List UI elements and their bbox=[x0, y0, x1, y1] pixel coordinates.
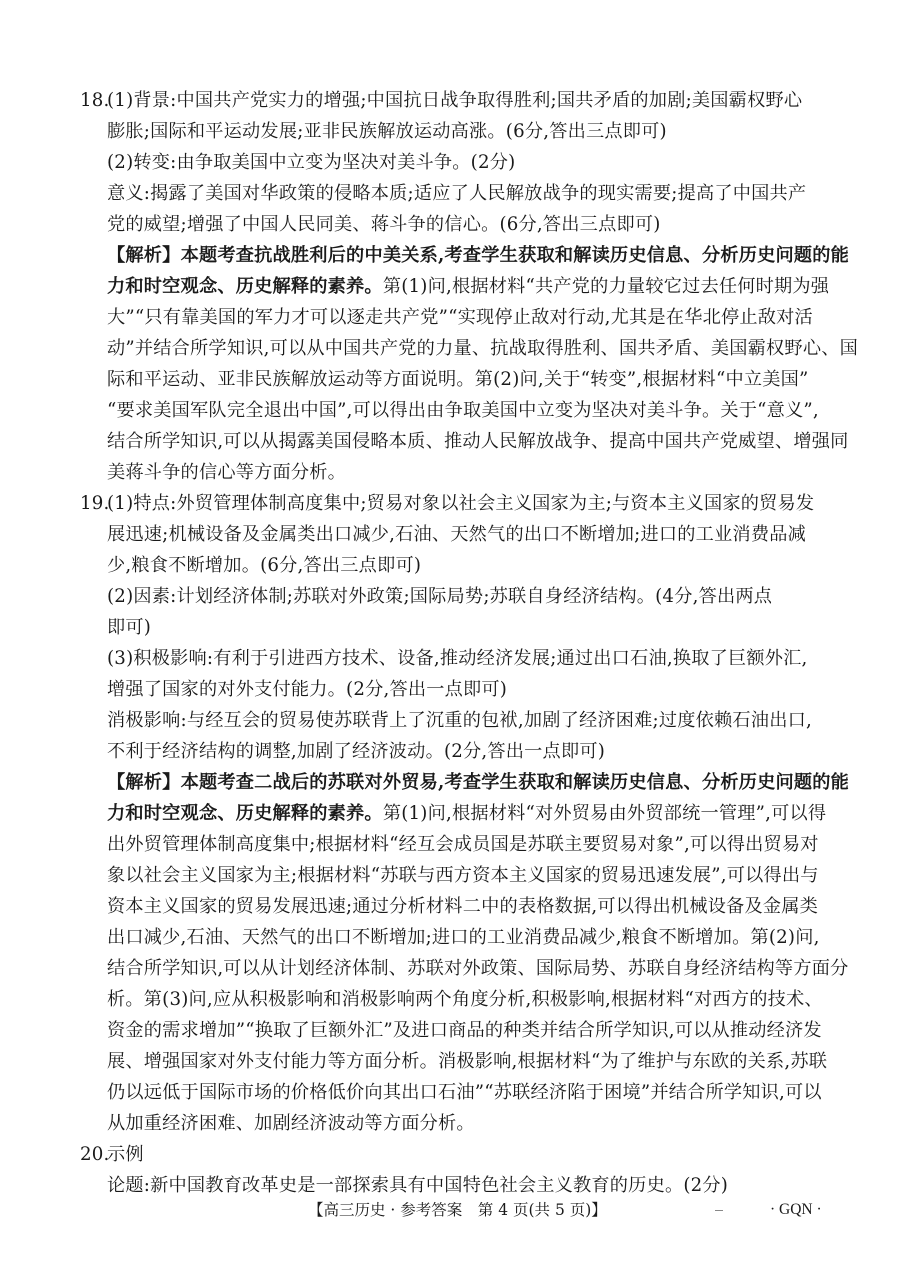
text-line: 意义:揭露了美国对华政策的侵略本质;适应了人民解放战争的现实需要;提高了中国共产 bbox=[80, 178, 825, 209]
text-line: 资本主义国家的贸易发展迅速;通过分析材料二中的表格数据,可以得出机械设备及金属类 bbox=[80, 891, 825, 922]
text-line: 20.示例 bbox=[80, 1139, 825, 1170]
text-line: 19.(1)特点:外贸管理体制高度集中;贸易对象以社会主义国家为主;与资本主义国… bbox=[80, 488, 825, 519]
line-text: 第(1)问,根据材料“对外贸易由外贸部统一管理”,可以得 bbox=[383, 803, 826, 824]
text-line: 力和时空观念、历史解释的素养。第(1)问,根据材料“共产党的力量较它过去任何时期… bbox=[80, 271, 825, 302]
text-line: 美蒋斗争的信心等方面分析。 bbox=[80, 457, 825, 488]
question-number: 19. bbox=[80, 488, 107, 519]
text-line: 不利于经济结构的调整,加剧了经济波动。(2分,答出一点即可) bbox=[80, 736, 825, 767]
line-text: 大”“只有靠美国的军力才可以逐走共产党”“实现停止敌对行动,尤其是在华北停止敌对… bbox=[107, 307, 813, 328]
line-text: 本题考查抗战胜利后的中美关系,考查学生获取和解读历史信息、分析历史问题的能 bbox=[181, 245, 849, 266]
text-line: 出外贸管理体制高度集中;根据材料“经互会成员国是苏联主要贸易对象”,可以得出贸易… bbox=[80, 829, 825, 860]
text-line: 党的威望;增强了中国人民同美、蒋斗争的信心。(6分,答出三点即可) bbox=[80, 209, 825, 240]
text-line: 从加重经济困难、加剧经济波动等方面分析。 bbox=[80, 1108, 825, 1139]
document-page: 18.(1)背景:中国共产党实力的增强;中国抗日战争取得胜利;国共矛盾的加剧;美… bbox=[0, 0, 900, 1272]
text-line: (2)因素:计划经济体制;苏联对外政策;国际局势;苏联自身经济结构。(4分,答出… bbox=[80, 581, 825, 612]
line-text: 即可) bbox=[107, 617, 151, 638]
line-text: (3)积极影响:有利于引进西方技术、设备,推动经济发展;通过出口石油,换取了巨额… bbox=[107, 648, 808, 669]
analysis-label: 【解析】 bbox=[107, 772, 181, 793]
line-text: (2)因素:计划经济体制;苏联对外政策;国际局势;苏联自身经济结构。(4分,答出… bbox=[107, 586, 772, 607]
line-text: 示例 bbox=[107, 1144, 144, 1165]
line-text: 消极影响:与经互会的贸易使苏联背上了沉重的包袱,加剧了经济困难;过度依赖石油出口… bbox=[107, 710, 812, 731]
text-line: (2)转变:由争取美国中立变为坚决对美斗争。(2分) bbox=[80, 147, 825, 178]
footer-page-label: 【高三历史 · 参考答案 第 4 页(共 5 页)】 bbox=[308, 1198, 607, 1222]
line-text: 结合所学知识,可以从揭露美国侵略本质、推动人民解放战争、提高中国共产党威望、增强… bbox=[107, 431, 848, 452]
line-text: 论题:新中国教育改革史是一部探索具有中国特色社会主义教育的历史。(2分) bbox=[107, 1175, 728, 1196]
line-text: 展、增强国家对外支付能力等方面分析。消极影响,根据材料“为了维护与东欧的关系,苏… bbox=[107, 1051, 827, 1072]
line-text: (2)转变:由争取美国中立变为坚决对美斗争。(2分) bbox=[107, 152, 515, 173]
scan-mark bbox=[715, 1210, 723, 1211]
line-text: 际和平运动、亚非民族解放运动等方面说明。第(2)问,关于“转变”,根据材料“中立… bbox=[107, 369, 809, 390]
bold-text: 力和时空观念、历史解释的素养。 bbox=[107, 803, 383, 824]
text-line: 象以社会主义国家为主;根据材料“苏联与西方资本主义国家的贸易迅速发展”,可以得出… bbox=[80, 860, 825, 891]
text-line: 【解析】本题考查二战后的苏联对外贸易,考查学生获取和解读历史信息、分析历史问题的… bbox=[80, 767, 825, 798]
line-text: 结合所学知识,可以从计划经济体制、苏联对外政策、国际局势、苏联自身经济结构等方面… bbox=[107, 958, 848, 979]
text-line: “要求美国军队完全退出中国”,可以得出由争取美国中立变为坚决对美斗争。关于“意义… bbox=[80, 395, 825, 426]
text-line: 消极影响:与经互会的贸易使苏联背上了沉重的包袱,加剧了经济困难;过度依赖石油出口… bbox=[80, 705, 825, 736]
line-text: 仍以远低于国际市场的价格低价向其出口石油”“苏联经济陷于困境”并结合所学知识,可… bbox=[107, 1082, 822, 1103]
text-line: 展迅速;机械设备及金属类出口减少,石油、天然气的出口不断增加;进口的工业消费品减 bbox=[80, 519, 825, 550]
line-text: 动”并结合所学知识,可以从中国共产党的力量、抗战取得胜利、国共矛盾、美国霸权野心… bbox=[107, 338, 858, 359]
question-number: 20. bbox=[80, 1139, 107, 1170]
line-text: “要求美国军队完全退出中国”,可以得出由争取美国中立变为坚决对美斗争。关于“意义… bbox=[107, 400, 819, 421]
line-text: 出口减少,石油、天然气的出口不断增加;进口的工业消费品减少,粮食不断增加。第(2… bbox=[107, 927, 820, 948]
text-line: (3)积极影响:有利于引进西方技术、设备,推动经济发展;通过出口石油,换取了巨额… bbox=[80, 643, 825, 674]
page-footer: 【高三历史 · 参考答案 第 4 页(共 5 页)】 · GQN · bbox=[0, 1198, 900, 1222]
question-number: 18. bbox=[80, 85, 107, 116]
text-line: 少,粮食不断增加。(6分,答出三点即可) bbox=[80, 550, 825, 581]
line-text: 资本主义国家的贸易发展迅速;通过分析材料二中的表格数据,可以得出机械设备及金属类 bbox=[107, 896, 818, 917]
line-text: 意义:揭露了美国对华政策的侵略本质;适应了人民解放战争的现实需要;提高了中国共产 bbox=[107, 183, 806, 204]
text-line: 论题:新中国教育改革史是一部探索具有中国特色社会主义教育的历史。(2分) bbox=[80, 1170, 825, 1201]
text-line: 际和平运动、亚非民族解放运动等方面说明。第(2)问,关于“转变”,根据材料“中立… bbox=[80, 364, 825, 395]
text-line: 动”并结合所学知识,可以从中国共产党的力量、抗战取得胜利、国共矛盾、美国霸权野心… bbox=[80, 333, 825, 364]
line-text: 第(1)问,根据材料“共产党的力量较它过去任何时期为强 bbox=[383, 276, 829, 297]
line-text: (1)背景:中国共产党实力的增强;中国抗日战争取得胜利;国共矛盾的加剧;美国霸权… bbox=[107, 90, 802, 111]
text-line: 出口减少,石油、天然气的出口不断增加;进口的工业消费品减少,粮食不断增加。第(2… bbox=[80, 922, 825, 953]
line-text: 少,粮食不断增加。(6分,答出三点即可) bbox=[107, 555, 421, 576]
text-line: 【解析】本题考查抗战胜利后的中美关系,考查学生获取和解读历史信息、分析历史问题的… bbox=[80, 240, 825, 271]
text-line: 资金的需求增加”“换取了巨额外汇”及进口商品的种类并结合所学知识,可以从推动经济… bbox=[80, 1015, 825, 1046]
answer-content: 18.(1)背景:中国共产党实力的增强;中国抗日战争取得胜利;国共矛盾的加剧;美… bbox=[80, 85, 825, 1201]
line-text: 不利于经济结构的调整,加剧了经济波动。(2分,答出一点即可) bbox=[107, 741, 605, 762]
line-text: 析。第(3)问,应从积极影响和消极影响两个角度分析,积极影响,根据材料“对西方的… bbox=[107, 989, 823, 1010]
text-line: 18.(1)背景:中国共产党实力的增强;中国抗日战争取得胜利;国共矛盾的加剧;美… bbox=[80, 85, 825, 116]
text-line: 仍以远低于国际市场的价格低价向其出口石油”“苏联经济陷于困境”并结合所学知识,可… bbox=[80, 1077, 825, 1108]
line-text: 资金的需求增加”“换取了巨额外汇”及进口商品的种类并结合所学知识,可以从推动经济… bbox=[107, 1020, 822, 1041]
line-text: 从加重经济困难、加剧经济波动等方面分析。 bbox=[107, 1113, 475, 1134]
analysis-label: 【解析】 bbox=[107, 245, 181, 266]
text-line: 力和时空观念、历史解释的素养。第(1)问,根据材料“对外贸易由外贸部统一管理”,… bbox=[80, 798, 825, 829]
text-line: 增强了国家的对外支付能力。(2分,答出一点即可) bbox=[80, 674, 825, 705]
line-text: 美蒋斗争的信心等方面分析。 bbox=[107, 462, 346, 483]
text-line: 即可) bbox=[80, 612, 825, 643]
line-text: 出外贸管理体制高度集中;根据材料“经互会成员国是苏联主要贸易对象”,可以得出贸易… bbox=[107, 834, 819, 855]
text-line: 大”“只有靠美国的军力才可以逐走共产党”“实现停止敌对行动,尤其是在华北停止敌对… bbox=[80, 302, 825, 333]
text-line: 析。第(3)问,应从积极影响和消极影响两个角度分析,积极影响,根据材料“对西方的… bbox=[80, 984, 825, 1015]
line-text: 象以社会主义国家为主;根据材料“苏联与西方资本主义国家的贸易迅速发展”,可以得出… bbox=[107, 865, 819, 886]
bold-text: 力和时空观念、历史解释的素养。 bbox=[107, 276, 383, 297]
line-text: 增强了国家的对外支付能力。(2分,答出一点即可) bbox=[107, 679, 507, 700]
footer-code: · GQN · bbox=[770, 1198, 822, 1222]
line-text: 展迅速;机械设备及金属类出口减少,石油、天然气的出口不断增加;进口的工业消费品减 bbox=[107, 524, 806, 545]
line-text: (1)特点:外贸管理体制高度集中;贸易对象以社会主义国家为主;与资本主义国家的贸… bbox=[107, 493, 814, 514]
text-line: 膨胀;国际和平运动发展;亚非民族解放运动高涨。(6分,答出三点即可) bbox=[80, 116, 825, 147]
text-line: 展、增强国家对外支付能力等方面分析。消极影响,根据材料“为了维护与东欧的关系,苏… bbox=[80, 1046, 825, 1077]
question-18: 18.(1)背景:中国共产党实力的增强;中国抗日战争取得胜利;国共矛盾的加剧;美… bbox=[80, 85, 825, 488]
question-20: 20.示例论题:新中国教育改革史是一部探索具有中国特色社会主义教育的历史。(2分… bbox=[80, 1139, 825, 1201]
line-text: 党的威望;增强了中国人民同美、蒋斗争的信心。(6分,答出三点即可) bbox=[107, 214, 661, 235]
text-line: 结合所学知识,可以从计划经济体制、苏联对外政策、国际局势、苏联自身经济结构等方面… bbox=[80, 953, 825, 984]
question-19: 19.(1)特点:外贸管理体制高度集中;贸易对象以社会主义国家为主;与资本主义国… bbox=[80, 488, 825, 1139]
line-text: 膨胀;国际和平运动发展;亚非民族解放运动高涨。(6分,答出三点即可) bbox=[107, 121, 667, 142]
line-text: 本题考查二战后的苏联对外贸易,考查学生获取和解读历史信息、分析历史问题的能 bbox=[181, 772, 849, 793]
text-line: 结合所学知识,可以从揭露美国侵略本质、推动人民解放战争、提高中国共产党威望、增强… bbox=[80, 426, 825, 457]
